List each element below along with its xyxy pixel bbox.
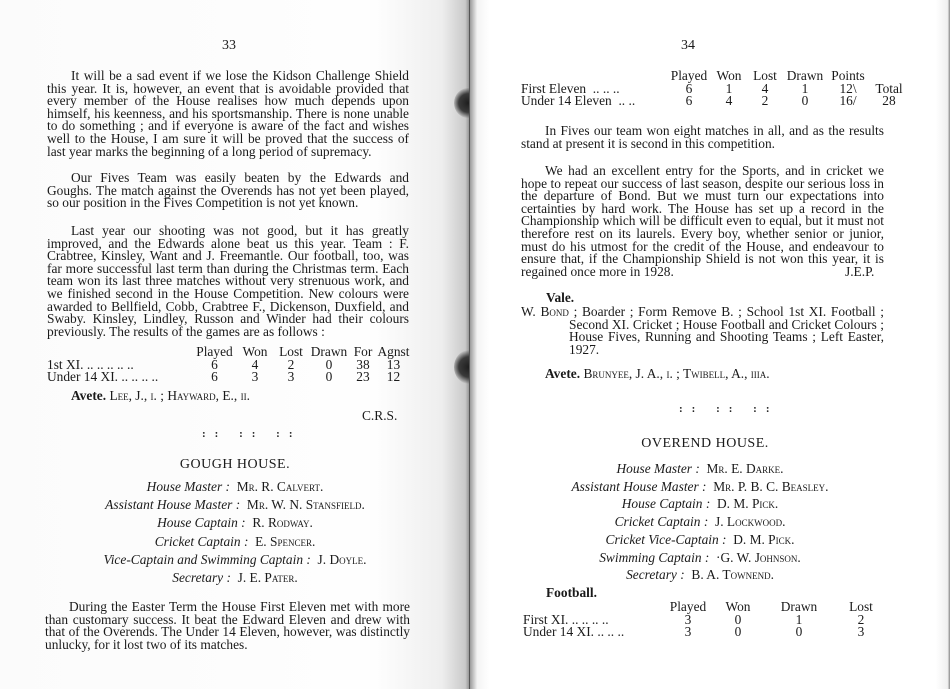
won-cell: 0 [713, 626, 763, 639]
avete-line: Avete. Lee, J., i. ; Hayward, E., ii. [47, 390, 409, 403]
page-34: 34 Played Won Lost Drawn Points First El… [470, 0, 950, 689]
officer-row: House Captain : D. M. Pick. [470, 495, 930, 513]
won-cell: 4 [711, 95, 747, 108]
played-cell: 6 [192, 371, 237, 384]
lost-cell: 3 [273, 371, 309, 384]
paragraph-kidson-shield: It will be a sad event if we lose the Ki… [47, 70, 409, 158]
page-number: 34 [668, 38, 708, 54]
football-heading: Football. [546, 585, 597, 601]
paragraph-gough-easter-term: During the Easter Term the House First E… [45, 601, 410, 651]
paragraph-text: In Fives our team won eight matches in a… [521, 125, 884, 150]
team-cell: Under 14 XI. .. .. .. .. [47, 371, 192, 384]
paragraph-text: We had an excellent entry for the Sports… [521, 165, 884, 278]
paragraph-text: Last year our shooting was not good, but… [47, 225, 409, 338]
section-divider: :: :: :: [679, 403, 778, 415]
brace-icon: / [853, 93, 857, 108]
page-33: 33 It will be a sad event if we lose the… [0, 0, 470, 689]
avete-label: Avete. [545, 366, 580, 381]
overend-football-table: Played Won Drawn Lost First XI. .. .. ..… [523, 601, 887, 639]
table-row: Under 14 XI. .. .. .. .. 6 3 3 0 23 12 [47, 371, 410, 384]
points-table: Played Won Lost Drawn Points First Eleve… [521, 70, 909, 108]
house-title-overend: OVEREND HOUSE. [470, 436, 940, 452]
avete-line: Avete. Brunyee, J. A., i. ; Twibell, A.,… [521, 368, 884, 381]
officer-row: House Master : Mr. R. Calvert. [0, 478, 470, 496]
for-cell: 23 [349, 371, 377, 384]
paragraph-text: Our Fives Team was easily beaten by the … [47, 172, 409, 210]
officer-row: Secretary : B. A. Townend. [470, 566, 930, 584]
paragraph-fives-results: In Fives our team won eight matches in a… [521, 125, 884, 150]
section-divider: :: :: :: [202, 428, 301, 440]
football-results-table: Played Won Lost Drawn For Agnst 1st XI. … [47, 346, 410, 384]
officer-row: House Master : Mr. E. Darke. [470, 460, 930, 478]
gough-officers-list: House Master : Mr. R. Calvert. Assistant… [0, 478, 470, 587]
drawn-cell: 0 [763, 626, 835, 639]
avete-names: Lee, J., i. ; Hayward, E., ii. [109, 388, 250, 403]
against-cell: 12 [377, 371, 410, 384]
vale-name: W. Bond [521, 304, 569, 319]
vale-details: ; Boarder ; Form Remove B. ; School 1st … [569, 304, 884, 357]
points-cell: 16/ [827, 95, 869, 108]
page-number: 33 [209, 38, 249, 54]
officer-row: Swimming Captain : ·G. W. Johnson. [470, 549, 930, 567]
officer-row: House Captain : R. Rodway. [0, 514, 470, 532]
lost-cell: 3 [835, 626, 887, 639]
total-value: 28 [869, 95, 909, 108]
lost-cell: 2 [747, 95, 783, 108]
signature: C.R.S. [362, 408, 397, 424]
table-row: Under 14 Eleven .. .. 6 4 2 0 16/ 28 [521, 95, 909, 108]
officer-row: Cricket Captain : E. Spencer. [0, 533, 470, 551]
officer-row: Vice-Captain and Swimming Captain : J. D… [0, 551, 470, 569]
paragraph-fives: Our Fives Team was easily beaten by the … [47, 172, 409, 210]
avete-names: Brunyee, J. A., i. ; Twibell, A., iiia. [583, 366, 769, 381]
signature: J.E.P. [845, 264, 874, 280]
drawn-cell: 0 [783, 95, 827, 108]
team-cell: Under 14 Eleven .. .. [521, 95, 667, 108]
won-cell: 3 [237, 371, 273, 384]
officer-row: Assistant House Master : Mr. W. N. Stans… [0, 496, 470, 514]
paragraph-shooting-football: Last year our shooting was not good, but… [47, 225, 409, 338]
drawn-cell: 0 [309, 371, 349, 384]
officer-row: Secretary : J. E. Pater. [0, 569, 470, 587]
paragraph-text: During the Easter Term the House First E… [45, 601, 410, 651]
book-spread: 33 It will be a sad event if we lose the… [0, 0, 950, 689]
paragraph-text: It will be a sad event if we lose the Ki… [47, 70, 409, 158]
paragraph-sports-cricket: We had an excellent entry for the Sports… [521, 165, 884, 278]
officer-row: Cricket Vice-Captain : D. M. Pick. [470, 531, 930, 549]
table-row: Under 14 XI. .. .. .. 3 0 0 3 [523, 626, 887, 639]
house-title-gough: GOUGH HOUSE. [0, 457, 470, 473]
avete-label: Avete. [71, 388, 106, 403]
played-cell: 6 [667, 95, 711, 108]
overend-officers-list: House Master : Mr. E. Darke. Assistant H… [470, 460, 930, 584]
team-cell: Under 14 XI. .. .. .. [523, 626, 663, 639]
vale-entry: W. Bond ; Boarder ; Form Remove B. ; Sch… [521, 306, 884, 356]
played-cell: 3 [663, 626, 713, 639]
officer-row: Assistant House Master : Mr. P. B. C. Be… [470, 478, 930, 496]
officer-row: Cricket Captain : J. Lockwood. [470, 513, 930, 531]
